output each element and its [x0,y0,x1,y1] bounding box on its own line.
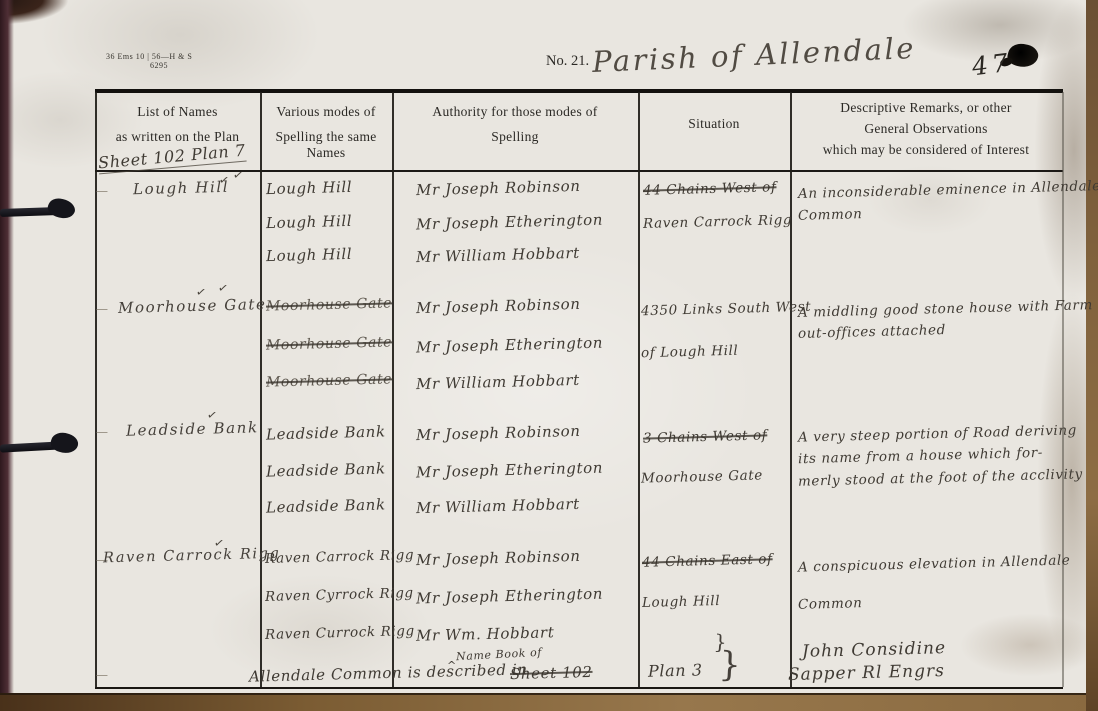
spelling-entry: Leadside Bank [266,495,386,516]
printer-mark-line2: 6295 [150,61,168,70]
colhead-spelling-line1: Various modes of [260,104,392,120]
situation-line: of Lough Hill [641,343,739,362]
spelling-entry: Moorhouse Gate [266,295,392,314]
spelling-entry: Lough Hill [266,212,353,232]
colhead-remarks-line1: Descriptive Remarks, or other [790,100,1062,116]
authority-entry: Mr Wm. Hobbart [416,623,555,645]
grouping-brace-large: } [718,644,742,685]
desk-wood-bottom [0,693,1098,711]
colhead-authority-line2: Spelling [392,129,638,145]
spelling-entry: Moorhouse Gate [266,334,392,353]
spelling-entry: Leadside Bank [266,422,386,443]
table-border-left [95,92,97,687]
spelling-entry: Leadside Bank [266,459,386,480]
page-number: 47 [970,48,1013,82]
table-bottom-rule [95,687,1063,689]
entry-dash: — [96,302,108,316]
remarks-line: Common [798,206,863,224]
situation-line: 44 Chains East of [642,551,773,570]
signature-name: John Considine [802,638,947,662]
book-spine-edge [0,0,14,711]
entry-dash: — [96,668,108,682]
entry-dash: — [96,184,108,198]
spelling-entry: Moorhouse Gate [266,371,392,390]
colhead-authority-line1: Authority for those modes of [392,104,638,120]
situation-line: Lough Hill [642,593,721,611]
spelling-entry: Lough Hill [266,178,353,198]
colhead-remarks-line2: General Observations [790,121,1062,137]
sheet-number-label: No. 21. [546,53,589,70]
colhead-spelling-line2: Spelling the same Names [260,129,392,161]
divider-col3-col4 [638,92,640,687]
situation-line: Moorhouse Gate [641,467,763,486]
divider-col1-col2 [260,92,262,687]
colhead-names-line1: List of Names [95,104,260,120]
printer-mark-line1: 36 Ems 10 | 56—H & S [106,52,192,61]
spelling-entry: Lough Hill [266,245,353,265]
colhead-remarks-line3: which may be considered of Interest [790,142,1062,158]
plan-name: Lough Hill [133,178,230,199]
entry-dash: — [96,425,108,439]
table-top-rule [95,89,1063,93]
signature-rank: Sapper Rl Engrs [788,661,945,685]
footer-note-struck: Sheet 102 [510,663,593,683]
colhead-situation: Situation [638,116,790,132]
footer-note-plan: Plan 3 [648,660,703,680]
remarks-line: Common [798,595,863,613]
page-corner-shadow [0,0,95,34]
situation-line: 3 Chains West of [643,427,768,446]
divider-col4-col5 [790,92,792,687]
scanned-name-book-page: 36 Ems 10 | 56—H & S 6295 No. 21. Parish… [0,0,1098,711]
plan-name: Leadside Bank [126,418,259,439]
desk-wood-right [1086,0,1098,711]
